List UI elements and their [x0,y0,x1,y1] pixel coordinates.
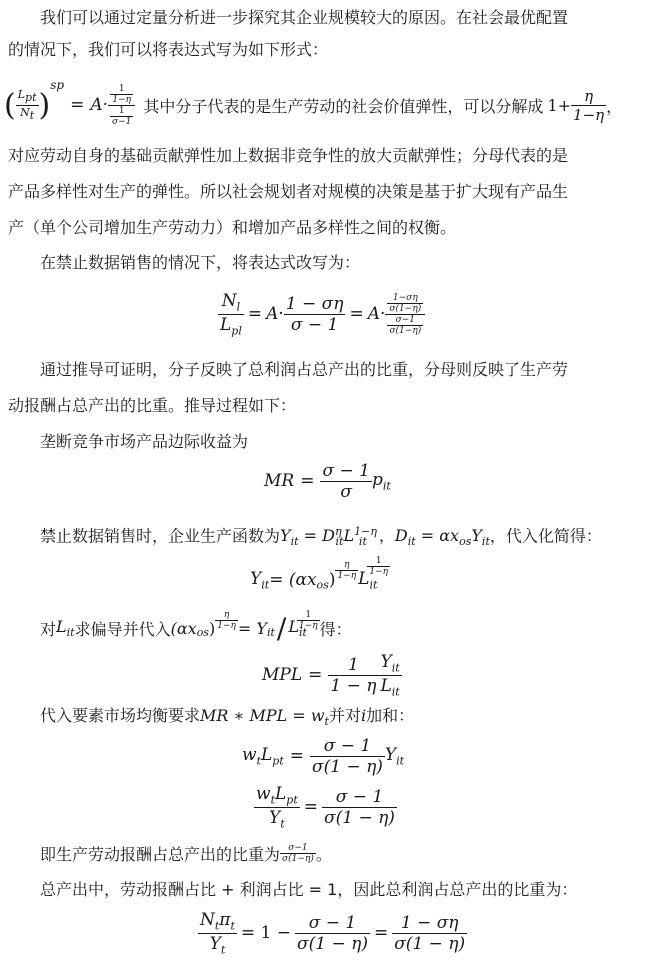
fraction-one-minus-eta: 1 1 − η [328,655,378,696]
equation-output-simplified: Yit = (αx os ) η 1−η Lit 1 1−η [250,560,390,600]
paragraph-profit-share: 总产出中，劳动报酬占比 + 利润占比 = 1，因此总利润占总产出的比重为： [40,880,577,900]
constant-a: A· [368,304,386,324]
fraction-middle: 1 − ση σ − 1 [284,294,346,335]
paragraph-labor-share-result: 即生产劳动报酬占总产出的比重为 σ−1 σ(1−η) 。 [40,836,332,870]
numerator-explanation: 其中分子代表的是生产劳动的社会价值弹性，可以分解成 [143,94,543,117]
exponent-inverse: 1 1−η [367,556,390,577]
equation-profit-share: Ntπt Yt = 1 − σ − 1 σ(1 − η) = 1 − ση σ(… [198,906,467,960]
fraction-nl-lpl: Nl Lpl [218,291,244,337]
left-paren: ( [4,88,16,123]
equation-social-optimum: ( Lpt Nt ) sp = A· 1 1−η 1 σ−1 其中分子代表的是生… [4,76,622,134]
paragraph-marginal-revenue: 垄断竞争市场产品边际收益为 [40,432,248,452]
paragraph-production-function: 禁止数据销售时，企业生产函数为Yit = DηitL1−ηit，Dit = αx… [40,522,602,553]
fraction-lpt-nt: Lpt Nt [16,88,39,121]
constant-a: A· [90,95,108,115]
paragraph-factor-market: 代入要素市场均衡要求MR ∗ MPL = wt并对i加和： [40,706,414,732]
comma: ， [606,94,622,117]
equals-sign: = [70,95,84,115]
equals-sign: = [248,304,262,324]
fraction-compound-right: 1−ση σ(1−η) σ−1 σ(1−η) [385,293,425,336]
exponent-eta: η 1−η [335,560,358,581]
paragraph-ban-data: 在禁止数据销售的情况下，将表达式改写为： [40,253,360,273]
equals-sign: = [349,304,363,324]
fraction-compound: 1 1−η 1 σ−1 [108,84,135,127]
mr-symbol: MR [264,471,294,491]
equation-wage-labor: wtLpt = σ − 1 σ(1 − η) Yit [242,732,404,780]
equation-mpl: MPL = 1 1 − η Yit Lit [262,652,402,698]
constant-a: A· [266,304,284,324]
fraction-y-over-l: Yit Lit [378,652,401,698]
equals-sign: = [300,471,314,491]
equation-labor-share: wtLpt Yt = σ − 1 σ(1 − η) [254,782,397,832]
right-paren: ) [39,88,51,123]
paragraph-intro-line-1: 我们可以通过定量分析进一步探究其企业规模较大的原因。在社会最优配置 [40,8,568,28]
paragraph-elasticity-line-2: 产品多样性对生产的弹性。所以社会规划者对规模的决策是基于扩大现有产品生 [8,182,568,202]
equation-marginal-revenue: MR = σ − 1 σ pit [264,457,391,505]
paragraph-proof-line-2: 动报酬占总产出的比重。推导过程如下： [8,396,296,416]
paragraph-partial-derivative: 对 Lit 求偏导并代入 (αx os ) η 1−η = Y it / Lit… [40,610,352,646]
paragraph-elasticity-line-1: 对应劳动自身的基础贡献弹性加上数据非竞争性的放大贡献弹性；分母代表的是 [8,146,568,166]
fraction-eta-decomp: η 1−η [571,87,606,124]
paragraph-proof-line-1: 通过推导可证明，分子反映了总利润占总产出的比重，分母则反映了生产劳 [40,360,568,380]
equation-ban-data: Nl Lpl = A· 1 − ση σ − 1 = A· 1−ση σ(1−η… [218,276,425,352]
superscript-sp: sp [50,78,64,92]
fraction-sigma: σ − 1 σ [320,461,371,502]
paragraph-elasticity-line-3: 产（单个公司增加生产劳动力）和增加产品多样性之间的权衡。 [8,218,456,238]
paragraph-intro-line-2: 的情况下，我们可以将表达式写为如下形式： [8,40,328,60]
decomp-one: 1+ [547,96,571,115]
